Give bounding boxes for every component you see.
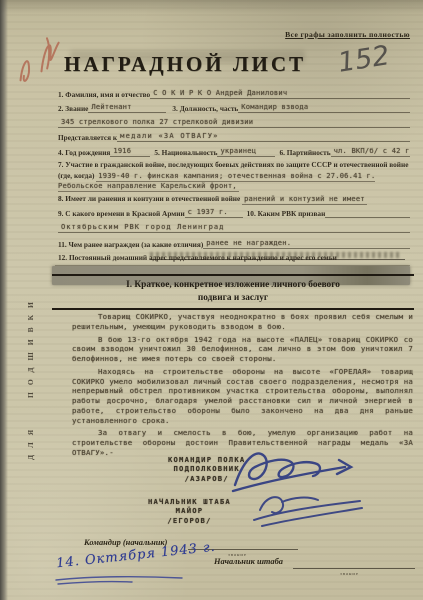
blank-line [150,259,405,260]
birth-year-label: 4. Год рождения [58,148,110,157]
birth-year-value: 1916 [110,146,150,157]
section-1-title-line2: подвига и заслуг [52,292,414,305]
previous-awards-value: ранее не награжден. [203,238,410,249]
commander-rank: ПОДПОЛКОВНИК [168,464,245,473]
nationality-label: 5. Национальность [154,148,217,157]
chief-title: НАЧАЛЬНИК ШТАБА [148,497,231,506]
presented-value: медали «ЗА ОТВАГУ» [117,131,273,142]
field-name-value: С О К И Р К О Андрей Данилович [150,88,410,99]
section-1-title-line1: I. Краткое, конкретное изложение личного… [52,279,414,292]
commander-title: КОМАНДИР ПОЛКА [168,455,245,464]
wounds-value: ранений и контузий не имеет [242,194,367,205]
citation-paragraph: В бою 13-го октября 1942 года на высоте … [72,335,413,364]
army-since-label: 9. С какого времени в Красной Армии [58,209,185,218]
chief-signature-line [293,568,415,569]
field-rank-value: Лейтенант [88,102,166,113]
party-value: чл. ВКП/б/ с 42 г. [331,146,410,157]
blank-line [325,209,410,218]
field-army-since: 9. С какого времени в Красной Армии с 19… [58,207,410,218]
field-birth-nation-party: 4. Год рождения 1916 5. Национальность у… [58,146,410,157]
previous-awards-label: 11. Чем ранее награжден (за какие отличи… [58,240,203,249]
field-unit-value: 345 стрелкового полка 27 стрелковой диви… [58,117,410,128]
blank-line [234,224,410,233]
field-war-participation: 7. Участие в гражданской войне, последую… [58,160,410,192]
army-since-value: с 1937 г. [185,207,243,218]
smudged-text-fragment [150,252,400,258]
section-1-heading: I. Краткое, конкретное изложение личного… [52,274,414,310]
field-drafted-by: Октябрьским РВК город Ленинград [58,222,410,233]
citation-text: Товарищ СОКИРКО, участвуя неоднократно в… [72,312,413,461]
presented-label: Представляется к [58,133,117,142]
field-rank-position: 2. Звание Лейтенант 3. Должность, часть … [58,102,410,113]
scan-top-shadow [0,0,423,14]
award-sheet-scan: ДЛЯ ПОДШИВКИ Все графы заполнить полност… [0,0,423,600]
page-title: НАГРАДНОЙ ЛИСТ [0,52,370,77]
commander-signature-block: КОМАНДИР ПОЛКА ПОДПОЛКОВНИК /АЗАРОВ/ [168,455,245,483]
field-previous-awards: 11. Чем ранее награжден (за какие отличи… [58,238,410,249]
field-position-label: 3. Должность, часть [172,104,238,113]
drafted-by-value: Октябрьским РВК город Ленинград [58,222,234,233]
field-position-value: Командир взвода [238,102,410,113]
chief-of-staff-signature-block: НАЧАЛЬНИК ШТАБА МАЙОР /ЕГОРОВ/ [148,497,231,525]
war-participation-value: 1939-40 г. финская кампания; отечественн… [58,171,375,193]
handwritten-sheet-number: 152 [336,40,392,79]
fill-all-fields-note: Все графы заполнить полностью [285,30,410,39]
citation-paragraph: Товарищ СОКИРКО, участвуя неоднократно в… [72,312,413,332]
rank-caption: звание [340,571,359,576]
field-wounds: 8. Имеет ли ранения и контузии в отечест… [58,194,410,205]
field-name-label: 1. Фамилия, имя и отчество [58,90,150,99]
citation-paragraph: Находясь на строительстве обороны на выс… [72,367,413,426]
margin-filing-text: ДЛЯ ПОДШИВКИ [26,150,35,460]
blank-line [273,133,410,142]
field-name: 1. Фамилия, имя и отчество С О К И Р К О… [58,88,410,99]
commander-name: /АЗАРОВ/ [168,474,245,483]
footer-chief-label: Начальник штаба [214,557,283,566]
form-fields: 1. Фамилия, имя и отчество С О К И Р К О… [58,88,410,291]
chief-rank: МАЙОР [148,506,231,515]
field-presented-for: Представляется к медали «ЗА ОТВАГУ» [58,131,410,142]
citation-paragraph: За отвагу и смелость в бою, умелую орган… [72,428,413,457]
egorov-ink-signature [248,492,368,532]
nationality-value: украинец [217,146,275,157]
wounds-label: 8. Имеет ли ранения и контузии в отечест… [58,194,240,203]
chief-name: /ЕГОРОВ/ [148,516,231,525]
blank-line [55,265,410,266]
field-unit: 345 стрелкового полка 27 стрелковой диви… [58,117,410,128]
date-underline-flourish [52,572,232,586]
drafted-by-label: 10. Каким РВК призван [247,209,326,218]
party-label: 6. Партийность [279,148,330,157]
field-rank-label: 2. Звание [58,104,88,113]
